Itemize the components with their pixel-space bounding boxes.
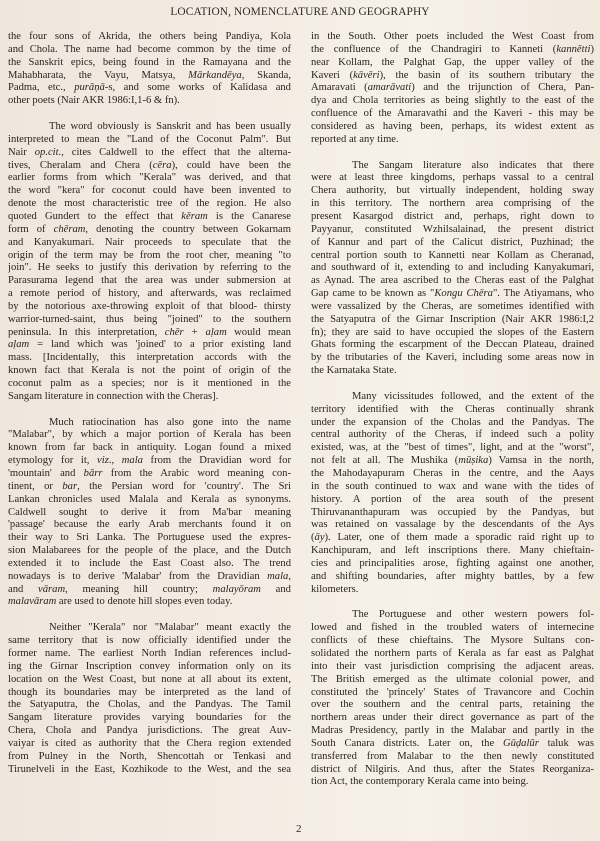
text-line: cies and principalities arose, fighting …	[311, 558, 594, 571]
paragraph-gap	[311, 147, 594, 160]
text-line: in the South. Other poets included the W…	[311, 31, 594, 44]
text-line: Kanchipuram, and left inscriptions there…	[311, 545, 594, 558]
text-line: vaiyar is cited as authority that the Ch…	[8, 738, 291, 751]
text-line: Chera authority, but virtually independe…	[311, 185, 594, 198]
paragraph: Neither "Kerala" nor "Malabar" meant exa…	[8, 622, 291, 776]
text-line: history. A portion of the area south of …	[311, 494, 594, 507]
text-line: 'mountain' and bārr from the Arabic word…	[8, 468, 291, 481]
text-line: dya and Chola territories as being sligh…	[311, 95, 594, 108]
text-line: nowadays is to derive 'Malabar' from the…	[8, 571, 291, 584]
left-column: the four sons of Akrida, the others bein…	[8, 31, 291, 776]
text-line: confluence of the Amaravathi and the Kav…	[311, 108, 594, 121]
text-line: The Sangam literature also indicates tha…	[311, 160, 594, 173]
paragraph-gap	[8, 609, 291, 622]
text-line: Caldwell sought to derive it from Ma'bar…	[8, 507, 291, 520]
text-line: "Malabar", by which a major portion of K…	[8, 429, 291, 442]
text-line: origin of the term may be from the root …	[8, 250, 291, 263]
text-line: ing the Girnar Inscription convey inform…	[8, 661, 291, 674]
text-line: over the southern and the central parts,…	[311, 699, 594, 712]
paragraph: The Sangam literature also indicates tha…	[311, 160, 594, 378]
text-line: fn); they are said to have occupied the …	[311, 327, 594, 340]
text-line: were vassalized by the Cheras, are somet…	[311, 301, 594, 314]
text-line: in the south continued to wax and wane w…	[311, 481, 594, 494]
text-line: Chera, Chola and Pandya jurisdictions. T…	[8, 725, 291, 738]
text-line: Kaveri (kāvēri), the basin of its southe…	[311, 70, 594, 83]
text-line: in this territory. The northern area com…	[311, 198, 594, 211]
text-line: from Pulney in the North, Shencottah or …	[8, 751, 291, 764]
text-line: The word obviously is Sanskrit and has b…	[8, 121, 291, 134]
text-line: Payyanur, constituted Wzhilsalainad, the…	[311, 224, 594, 237]
text-line: the word "kera" for coconut could have b…	[8, 185, 291, 198]
text-line: transferred from Malabar to the then new…	[311, 751, 594, 764]
text-line: reported at any time.	[311, 134, 594, 147]
running-header: LOCATION, NOMENCLATURE AND GEOGRAPHY	[0, 6, 600, 18]
text-line: present Kasargod district and, perhaps, …	[311, 211, 594, 224]
text-line: join". He seeks to justify this derivati…	[8, 262, 291, 275]
text-line: under the expansion of the Cholas and th…	[311, 417, 594, 430]
page-number: 2	[296, 823, 302, 835]
text-line: mass. [Incidentally, this interpretation…	[8, 352, 291, 365]
text-line: Padma, etc., purāṇā-s, and some works of…	[8, 82, 291, 95]
text-line: constituted the 'princely' States of Tra…	[311, 687, 594, 700]
text-line: known fact that Kerala is not the point …	[8, 365, 291, 378]
text-line: were at least three kingdoms, perhaps va…	[311, 172, 594, 185]
text-line: coconut palm as a species; nor is it men…	[8, 378, 291, 391]
text-line: extended it to include the East Coast al…	[8, 558, 291, 571]
text-line: etymology for it, viz., mala from the Dr…	[8, 455, 291, 468]
text-line: interpreted to mean the "Land of the Coc…	[8, 134, 291, 147]
text-line: of Kannur and part of the Calicut distri…	[311, 237, 594, 250]
text-line: the Sanskrit epics, being found in the R…	[8, 57, 291, 70]
text-line: considered as having been, perhaps, its …	[311, 121, 594, 134]
text-line: Many vicissitudes followed, and the exte…	[311, 391, 594, 404]
paragraph-gap	[8, 108, 291, 121]
paragraph: The Portuguese and other western powers …	[311, 609, 594, 789]
text-line: Sangam literature provides varying bound…	[8, 712, 291, 725]
text-line: Mahabharata, the Vayu, Matsya, Mārkandēy…	[8, 70, 291, 83]
text-line: central authority of the Cheras, if inde…	[311, 429, 594, 442]
text-line: tion Act, the contemporary Kerala came i…	[311, 776, 594, 789]
text-line: tives, Cheralam and Chera (cēra), could …	[8, 160, 291, 173]
text-line: solidated the northern parts of Kerala a…	[311, 648, 594, 661]
text-line: the Mahodayapuram Cheras in the centre, …	[311, 468, 594, 481]
text-line: though its boundaries may be interpreted…	[8, 687, 291, 700]
text-line: Amaravati (amarāvati) and the trijunctio…	[311, 82, 594, 95]
text-line: Nair op.cit., cites Caldwell to the effe…	[8, 147, 291, 160]
text-line: (āy). Later, one of them made a sporadic…	[311, 532, 594, 545]
text-line: denote the most characteristic tree of t…	[8, 198, 291, 211]
text-line: and southward of it, extending to and in…	[311, 262, 594, 275]
paragraph: the four sons of Akrida, the others bein…	[8, 31, 291, 108]
text-line: was retained on vassalage by the descend…	[311, 519, 594, 532]
text-line: quoted Gundert to the effect that kēram …	[8, 211, 291, 224]
text-line: and Chola. The name had become common by…	[8, 44, 291, 57]
text-line: the Karnataka State.	[311, 365, 594, 378]
text-line: and vāram, meaning hill country; malayōr…	[8, 584, 291, 597]
paragraph: in the South. Other poets included the W…	[311, 31, 594, 147]
text-line: and shifting boundaries, after mighty ba…	[311, 571, 594, 584]
text-line: same territory that is now officially id…	[8, 635, 291, 648]
text-line: aḷam = land which was 'joined' to a prio…	[8, 339, 291, 352]
text-line: known from far back in antiquity. Logan …	[8, 442, 291, 455]
text-line: lowed and fished in the troubled waters …	[311, 622, 594, 635]
text-line: The British emerged as the ultimate colo…	[311, 674, 594, 687]
text-line: a remote period of history, and afterwar…	[8, 288, 291, 301]
paragraph: The word obviously is Sanskrit and has b…	[8, 121, 291, 404]
text-line: Tirunelveli in the East, Kozhikode to th…	[8, 764, 291, 777]
text-line: Ghats forming the escarpment of the Decc…	[311, 339, 594, 352]
text-line: Gap came to be known as "Kongu Chēra". T…	[311, 288, 594, 301]
text-line: warrior-turned-saint, thus being "joined…	[8, 314, 291, 327]
text-line: malavāram are used to denote hill slopes…	[8, 596, 291, 609]
text-line: location on the West Coast, but none at …	[8, 674, 291, 687]
text-line: other poets (Nair AKR 1986:I,1-6 & fn).	[8, 95, 291, 108]
text-line: existed, was, at the "best of times", li…	[311, 442, 594, 455]
text-line: form of chēram, denoting the country bet…	[8, 224, 291, 237]
text-line: by the tributaries of the Kaveri, includ…	[311, 352, 594, 365]
text-line: peninsula. In this interpretation, chēr …	[8, 327, 291, 340]
text-line: central portion south to Kannetti near K…	[311, 250, 594, 263]
text-line: near Kollam, the Palghat Gap, the upper …	[311, 57, 594, 70]
text-line: not felt at all. The Mushika (mūṣika) Va…	[311, 455, 594, 468]
paragraph-gap	[311, 378, 594, 391]
text-line: district of Nilgiris. And thus, after th…	[311, 764, 594, 777]
text-line: the four sons of Akrida, the others bein…	[8, 31, 291, 44]
text-line: Neither "Kerala" nor "Malabar" meant exa…	[8, 622, 291, 635]
text-line: kilometers.	[311, 584, 594, 597]
text-line: into their vast jurisdiction comprising …	[311, 661, 594, 674]
text-line: sion Malabarees for the people of the pl…	[8, 545, 291, 558]
text-line: as Aynad. The area ascribed to the Chera…	[311, 275, 594, 288]
paragraph-gap	[311, 596, 594, 609]
text-line: Lankan chronicles used Malala and Kerala…	[8, 494, 291, 507]
text-line: by the notorious axe-throwing exploit of…	[8, 301, 291, 314]
text-line: 'passage' because the early Arab merchan…	[8, 519, 291, 532]
paragraph-gap	[8, 404, 291, 417]
text-line: and Kanyakumari. Nair proceeds to specul…	[8, 237, 291, 250]
text-line: The Portuguese and other western powers …	[311, 609, 594, 622]
text-line: the confluence of the Chandragiri to Kan…	[311, 44, 594, 57]
text-line: tinent, or bar, the Persian word for 'co…	[8, 481, 291, 494]
text-line: territory identified with the Cheras con…	[311, 404, 594, 417]
text-line: the Satyaputra, the Cholas, and the Pand…	[8, 699, 291, 712]
text-line: Madras Presidency, partly in the Malabar…	[311, 725, 594, 738]
right-column: in the South. Other poets included the W…	[311, 31, 594, 789]
text-line: Sangam literature in connection with the…	[8, 391, 291, 404]
text-line: the Satyaputra of the Girnar Inscription…	[311, 314, 594, 327]
paragraph: Many vicissitudes followed, and the exte…	[311, 391, 594, 597]
text-line: Thiruvananthapuram was occupied by the P…	[311, 507, 594, 520]
text-line: former name. The earliest North Indian r…	[8, 648, 291, 661]
text-line: Much ratiocination has also gone into th…	[8, 417, 291, 430]
text-line: South Canara districts. Later on, the Gū…	[311, 738, 594, 751]
text-line: conflicts of these chieftains. The Mysor…	[311, 635, 594, 648]
text-line: Parasurama legend that the area was unde…	[8, 275, 291, 288]
text-line: northern areas under their direct govern…	[311, 712, 594, 725]
document-page: LOCATION, NOMENCLATURE AND GEOGRAPHY the…	[0, 0, 600, 841]
paragraph: Much ratiocination has also gone into th…	[8, 417, 291, 610]
text-line: earlier forms from which "Kerala" was de…	[8, 172, 291, 185]
text-line: their way to Sri Lanka. The Portuguese u…	[8, 532, 291, 545]
